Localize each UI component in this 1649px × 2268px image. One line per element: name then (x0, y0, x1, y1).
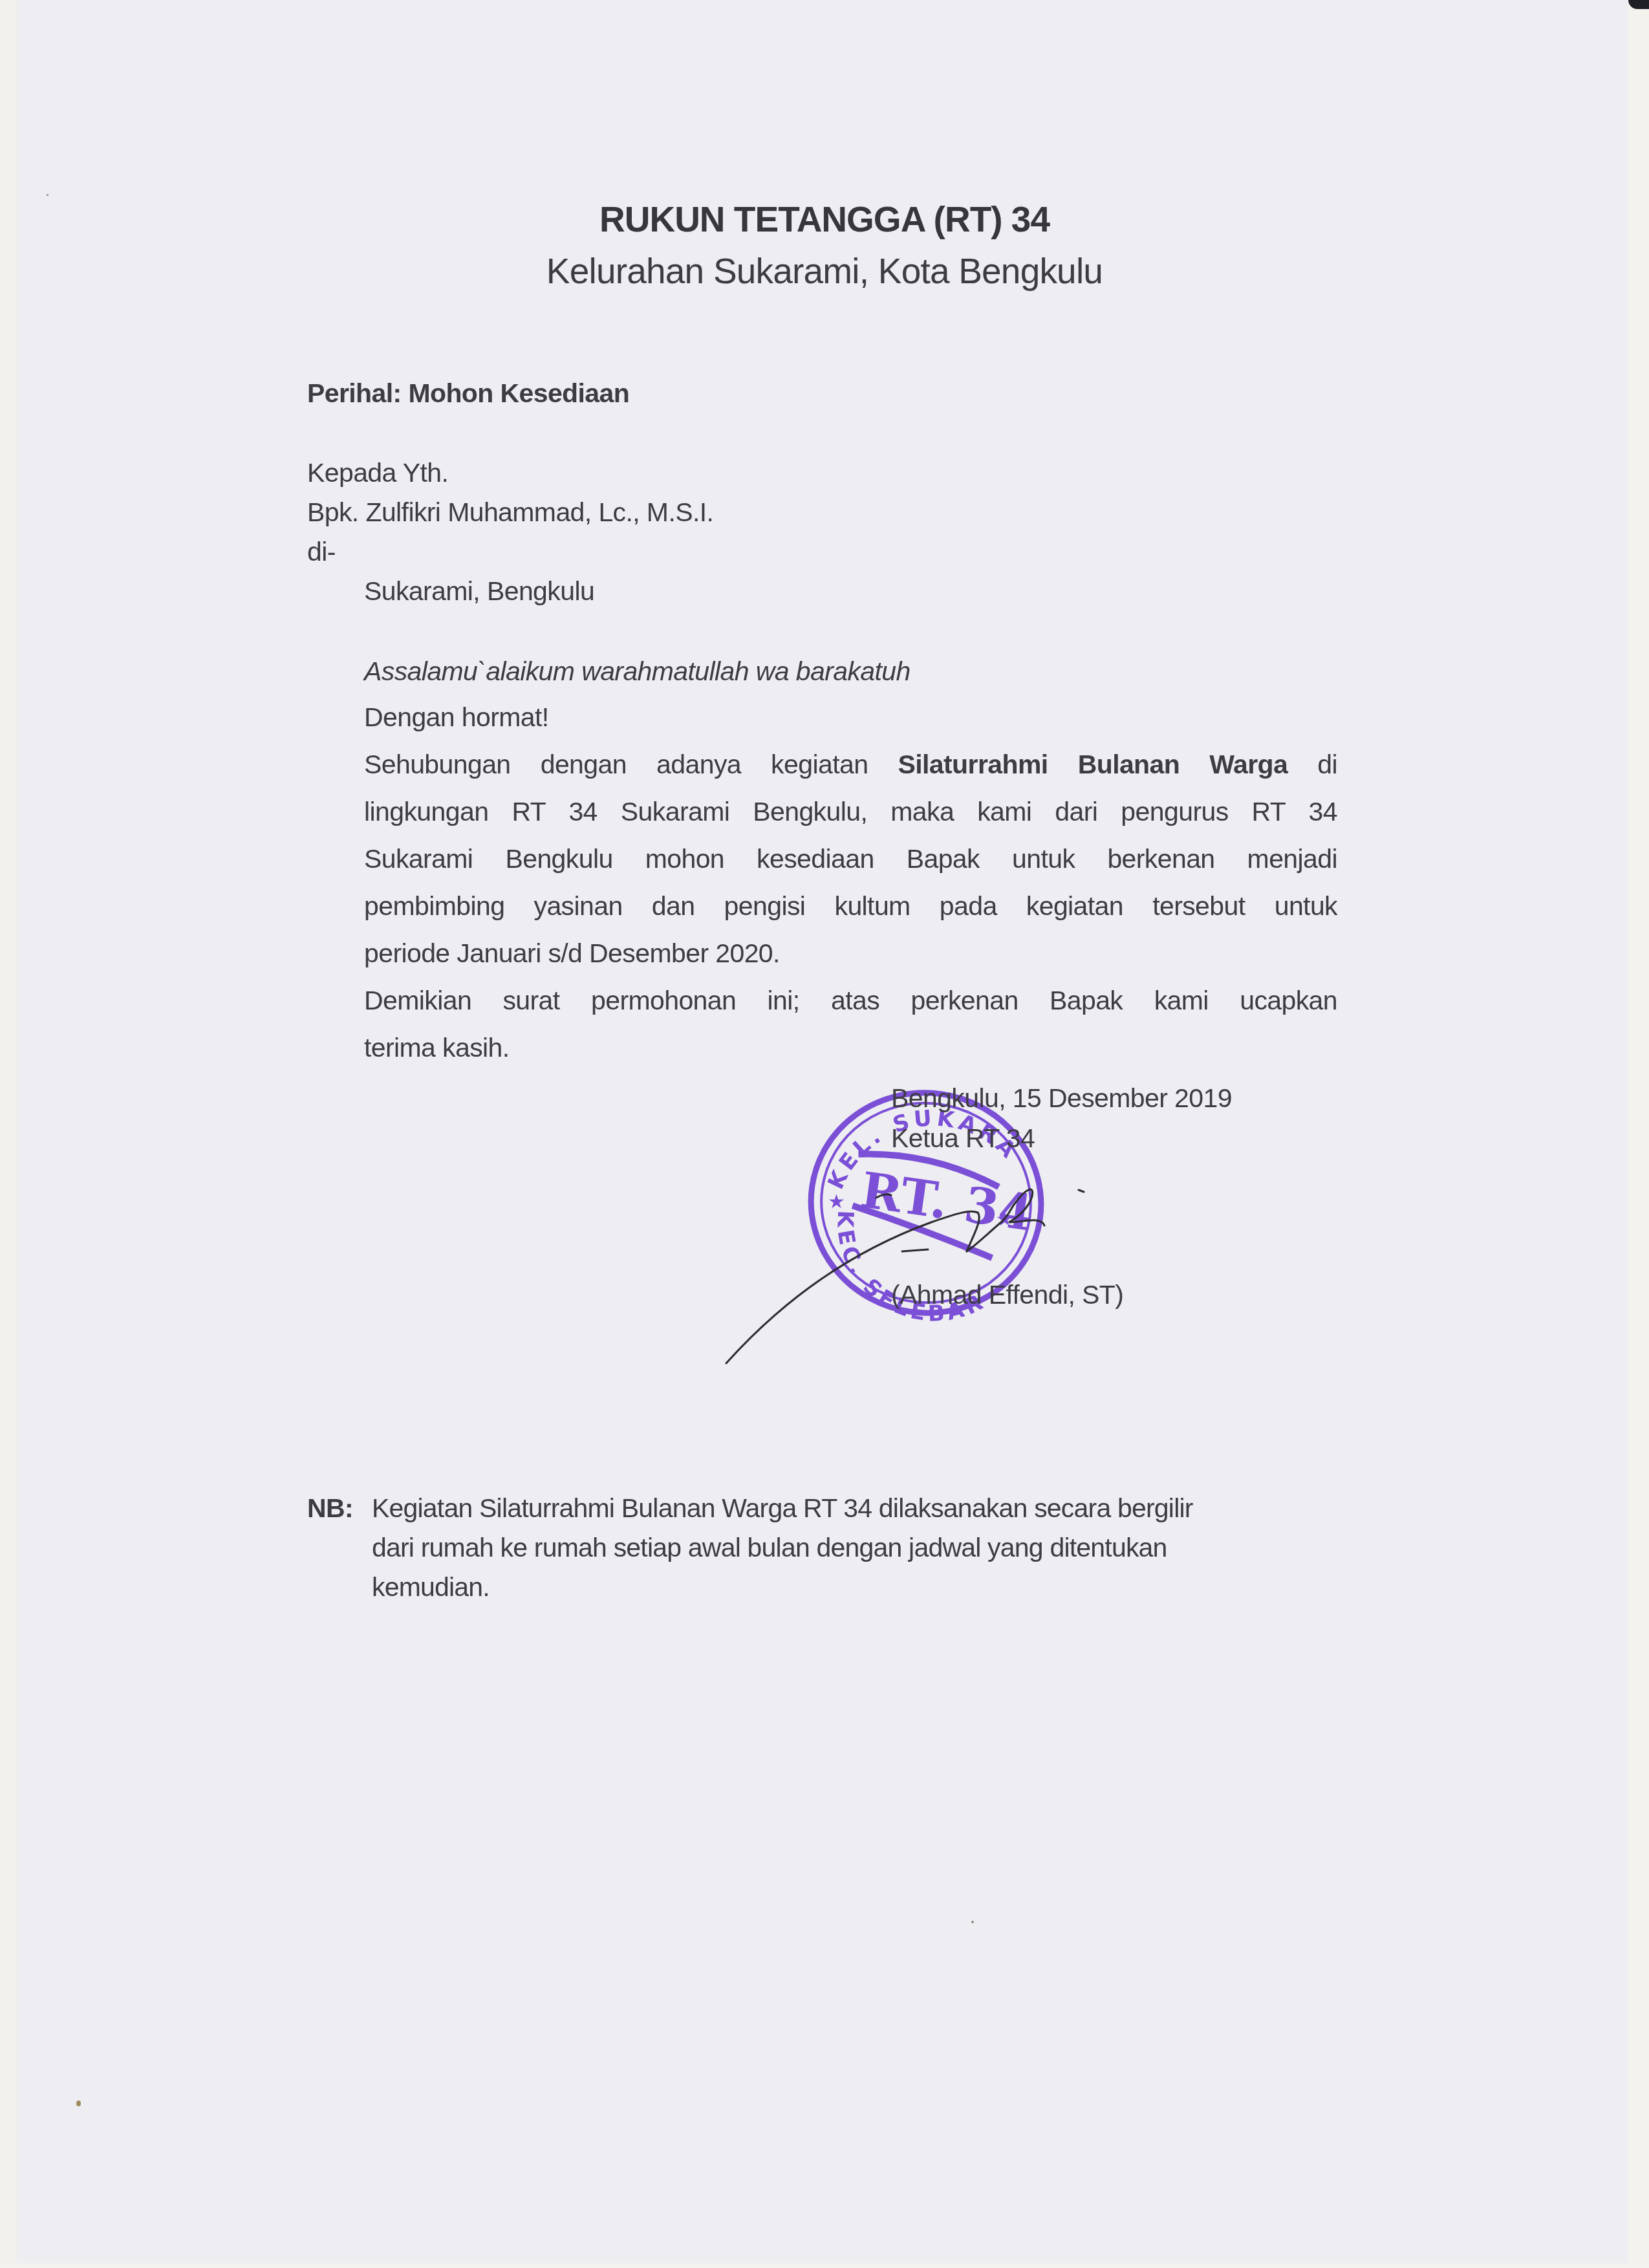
note-line3: kemudian. (372, 1574, 490, 1601)
paragraph1-line2: lingkungan RT 34 Sukarami Bengkulu, maka… (364, 799, 1337, 825)
recipient-location: Sukarami, Bengkulu (364, 578, 594, 605)
signatory-name: (Ahmad Effendi, ST) (891, 1282, 1123, 1308)
paragraph1-line4: pembimbing yasinan dan pengisi kultum pa… (364, 893, 1337, 920)
letterhead-subtitle: Kelurahan Sukarami, Kota Bengkulu (0, 254, 1649, 289)
recipient-salutation: Kepada Yth. (307, 460, 448, 486)
note-line2: dari rumah ke rumah setiap awal bulan de… (372, 1535, 1167, 1561)
signature-place-date: Bengkulu, 15 Desember 2019 (891, 1085, 1232, 1112)
closing-line2: terima kasih. (364, 1035, 510, 1061)
paragraph1-line5: periode Januari s/d Desember 2020. (364, 940, 780, 967)
scan-right-edge (1628, 0, 1649, 2268)
note-label: NB: (307, 1495, 353, 1522)
letter-page (17, 0, 1628, 2263)
paragraph1-line3: Sukarami Bengkulu mohon kesediaan Bapak … (364, 846, 1337, 872)
recipient-di: di- (307, 539, 336, 565)
signature-position: Ketua RT 34 (891, 1125, 1035, 1152)
closing-line1: Demikian surat permohonan ini; atas perk… (364, 988, 1337, 1014)
scan-left-edge (0, 0, 17, 2268)
paragraph1-line1: Sehubungan dengan adanya kegiatan Silatu… (364, 751, 1337, 778)
scan-bottom-edge (0, 2263, 1649, 2268)
opening: Dengan hormat! (364, 704, 549, 731)
note-line1: Kegiatan Silaturrahmi Bulanan Warga RT 3… (372, 1495, 1193, 1522)
scan-speck (971, 1921, 974, 1923)
paragraph1-text: Sehubungan dengan adanya kegiatan (364, 750, 868, 779)
greeting: Assalamu`alaikum warahmatullah wa baraka… (364, 658, 911, 685)
event-name: Silaturrahmi Bulanan Warga (898, 750, 1288, 779)
recipient-name: Bpk. Zulfikri Muhammad, Lc., M.S.I. (307, 499, 713, 526)
subject-line: Perihal: Mohon Kesediaan (307, 380, 629, 407)
paragraph1-text: di (1317, 750, 1337, 779)
scan-speck (76, 2101, 81, 2106)
scan-speck (47, 194, 48, 196)
letterhead-title: RUKUN TETANGGA (RT) 34 (0, 202, 1649, 237)
